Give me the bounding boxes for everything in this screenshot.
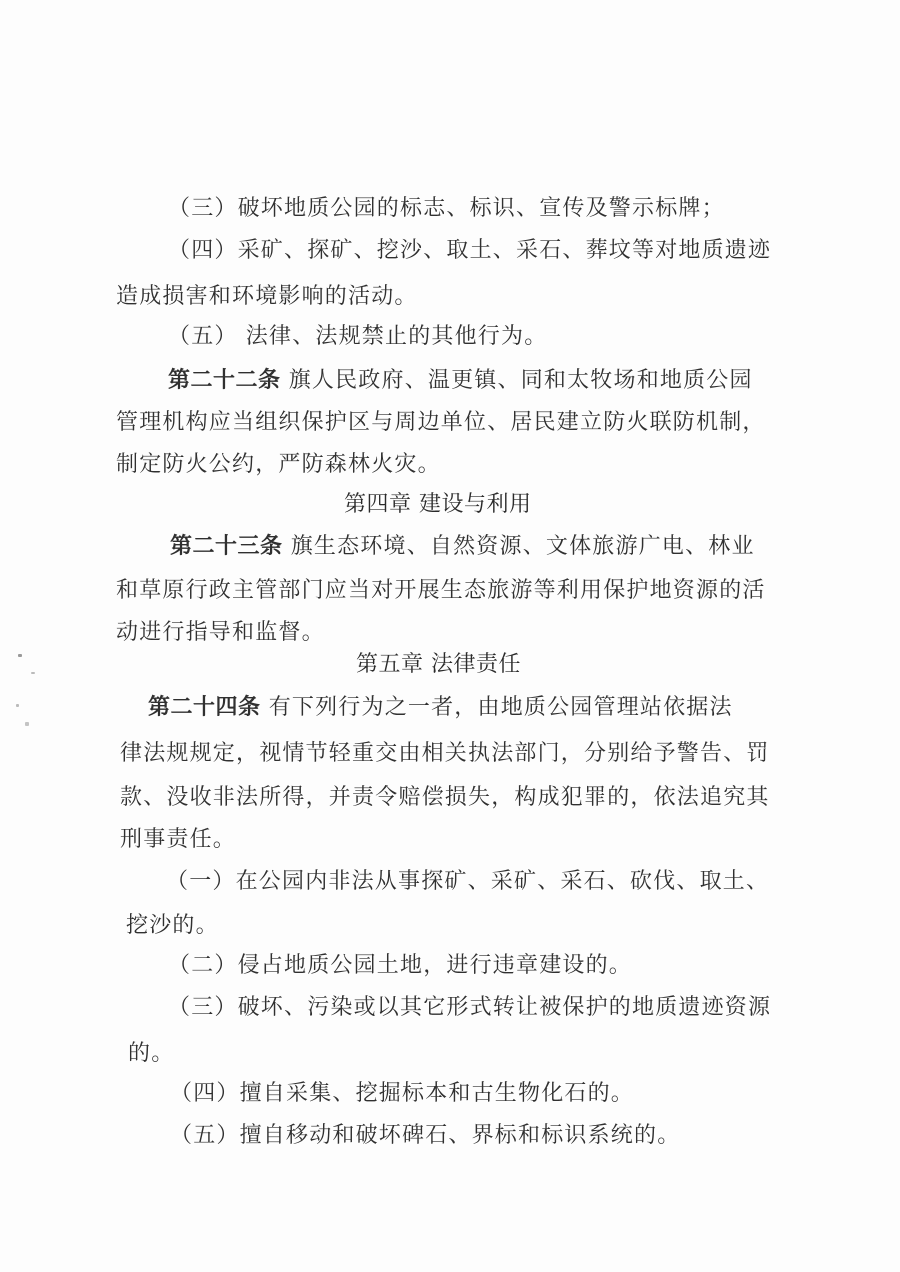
article-24-line-4: 刑事责任。 [120, 826, 236, 854]
article-22-line-2: 管理机构应当组织保护区与周边单位、居民建立防火联防机制， [116, 409, 766, 437]
item-4-line-1: （四）采矿、探矿、挖沙、取土、采石、葬坟等对地质遗迹 [168, 237, 771, 265]
article-22-line-1: 第二十二条 旗人民政府、温更镇、同和太牧场和地质公园 [168, 367, 753, 395]
article-23-line-2: 和草原行政主管部门应当对开展生态旅游等利用保护地资源的活 [116, 577, 766, 605]
article-23-line-1: 第二十三条 旗生态环境、自然资源、文体旅游广电、林业 [170, 533, 755, 561]
item-5-line: （五） 法律、法规禁止的其他行为。 [168, 323, 547, 351]
subitem-3-line-2: 的。 [128, 1040, 174, 1068]
article-22-line-3: 制定防火公约，严防森林火灾。 [116, 451, 441, 479]
article-24-line-3: 款、没收非法所得，并责令赔偿损失，构成犯罪的，依法追究其 [120, 784, 770, 812]
scan-speck [25, 722, 29, 726]
article-24-text: 有下列行为之一者，由地质公园管理站依据法 [261, 695, 733, 720]
article-23-text: 旗生态环境、自然资源、文体旅游广电、林业 [283, 534, 755, 559]
article-24-line-1: 第二十四条 有下列行为之一者，由地质公园管理站依据法 [148, 694, 733, 722]
subitem-5-line: （五）擅自移动和破坏碑石、界标和标识系统的。 [170, 1122, 680, 1150]
article-23-label: 第二十三条 [170, 534, 283, 559]
article-24-line-2: 律法规规定，视情节轻重交由相关执法部门，分别给予警告、罚 [120, 740, 770, 768]
chapter-4-heading: 第四章 建设与利用 [344, 491, 532, 519]
scan-speck [18, 654, 22, 657]
article-22-label: 第二十二条 [168, 368, 281, 393]
article-23-line-3: 动进行指导和监督。 [116, 619, 325, 647]
subitem-3-line-1: （三）破坏、污染或以其它形式转让被保护的地质遗迹资源 [168, 994, 771, 1022]
subitem-2-line: （二）侵占地质公园土地，进行违章建设的。 [168, 952, 632, 980]
scan-speck [31, 672, 35, 674]
item-3-line: （三）破坏地质公园的标志、标识、宣传及警示标牌； [168, 195, 725, 223]
subitem-1-line-1: （一）在公园内非法从事探矿、采矿、采石、砍伐、取土、 [166, 868, 769, 896]
document-page: （三）破坏地质公园的标志、标识、宣传及警示标牌； （四）采矿、探矿、挖沙、取土、… [0, 0, 900, 1272]
subitem-1-line-2: 挖沙的。 [126, 912, 219, 940]
article-22-text: 旗人民政府、温更镇、同和太牧场和地质公园 [281, 368, 753, 393]
scan-speck [16, 704, 19, 707]
article-24-label: 第二十四条 [148, 695, 261, 720]
item-4-line-2: 造成损害和环境影响的活动。 [116, 283, 418, 311]
chapter-5-heading: 第五章 法律责任 [356, 651, 521, 679]
subitem-4-line: （四）擅自采集、挖掘标本和古生物化石的。 [170, 1080, 634, 1108]
